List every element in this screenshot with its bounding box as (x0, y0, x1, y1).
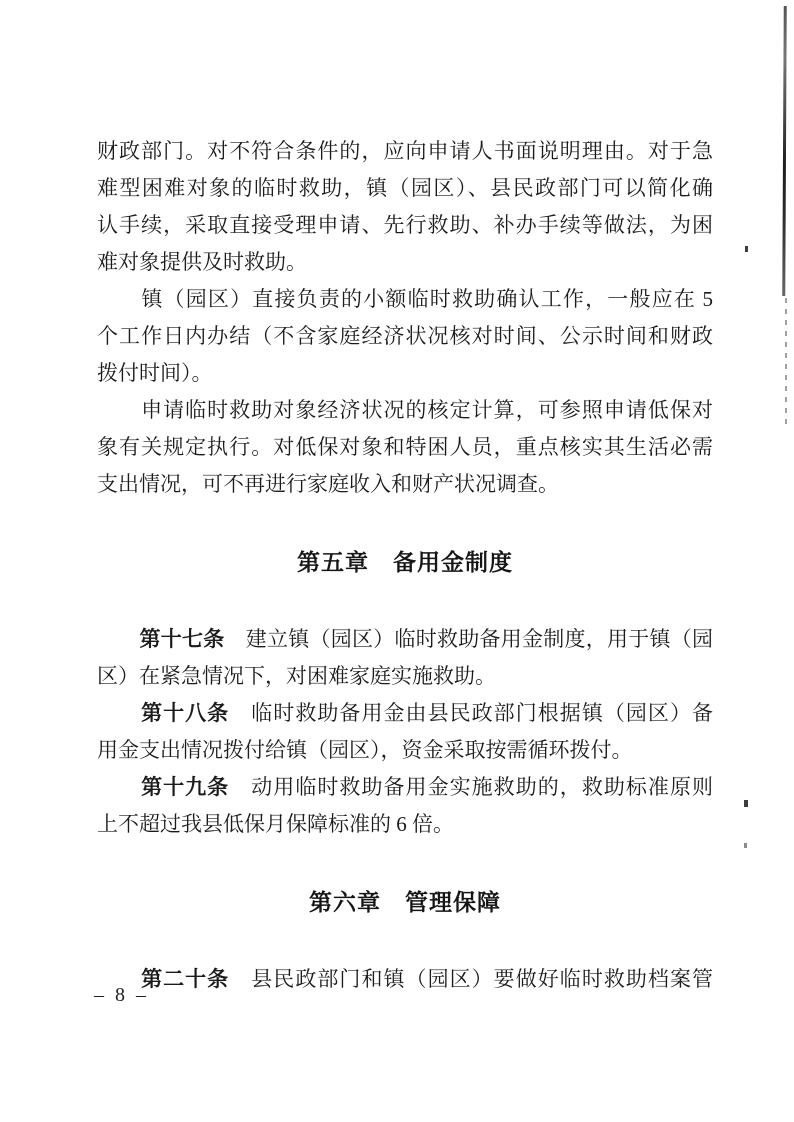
chapter-heading: 第六章 管理保障 (97, 884, 713, 921)
document-text: 财政部门。对不符合条件的，应向申请人书面说明理由。对于急难型困难对象的临时救助，… (97, 133, 713, 998)
text-line: 第十七条 建立镇（园区）临时救助备用金制度，用于镇（园 (97, 621, 713, 658)
text-line: 用金支出情况拨付给镇（园区），资金采取按需循环拨付。 (97, 732, 713, 769)
scan-speck (744, 800, 748, 807)
article-number: 第十八条 (97, 702, 229, 725)
text-line: 认手续，采取直接受理申请、先行救助、补办手续等做法，为困 (97, 207, 713, 244)
text-line: 财政部门。对不符合条件的，应向申请人书面说明理由。对于急 (97, 133, 713, 170)
text-line: 第二十条 县民政部门和镇（园区）要做好临时救助档案管 (97, 961, 713, 998)
text-line: 拨付时间）。 (97, 355, 713, 392)
scan-artifact-line-faint (785, 298, 787, 430)
article-number: 第十七条 (97, 628, 225, 651)
text-line: 难型困难对象的临时救助，镇（园区）、县民政部门可以简化确 (97, 170, 713, 207)
text-line: 支出情况，可不再进行家庭收入和财产状况调查。 (97, 466, 713, 503)
document-page: 财政部门。对不符合条件的，应向申请人书面说明理由。对于急难型困难对象的临时救助，… (0, 0, 794, 1122)
text-line: 第十九条 动用临时救助备用金实施救助的，救助标准原则 (97, 769, 713, 806)
text-line: 第十八条 临时救助备用金由县民政部门根据镇（园区）备 (97, 695, 713, 732)
text-line: 镇（园区）直接负责的小额临时救助确认工作，一般应在 5 (97, 281, 713, 318)
text-line: 区）在紧急情况下，对困难家庭实施救助。 (97, 658, 713, 695)
text-line: 申请临时救助对象经济状况的核定计算，可参照申请低保对 (97, 392, 713, 429)
text-line: 象有关规定执行。对低保对象和特困人员，重点核实其生活必需 (97, 429, 713, 466)
paragraph: 财政部门。对不符合条件的，应向申请人书面说明理由。对于急难型困难对象的临时救助，… (97, 133, 713, 503)
scan-speck (744, 843, 747, 848)
chapter-heading: 第五章 备用金制度 (97, 544, 713, 581)
text-line: 难对象提供及时救助。 (97, 244, 713, 281)
paragraph: 第二十条 县民政部门和镇（园区）要做好临时救助档案管 (97, 961, 713, 998)
text-line: 上不超过我县低保月保障标准的 6 倍。 (97, 806, 713, 843)
text-line: 个工作日内办结（不含家庭经济状况核对时间、公示时间和财政 (97, 318, 713, 355)
article-number: 第十九条 (97, 776, 229, 799)
page-number: – 8 – (94, 984, 149, 1007)
paragraph: 第十七条 建立镇（园区）临时救助备用金制度，用于镇（园区）在紧急情况下，对困难家… (97, 621, 713, 843)
scan-artifact-line (782, 6, 787, 296)
scan-speck (745, 246, 748, 252)
